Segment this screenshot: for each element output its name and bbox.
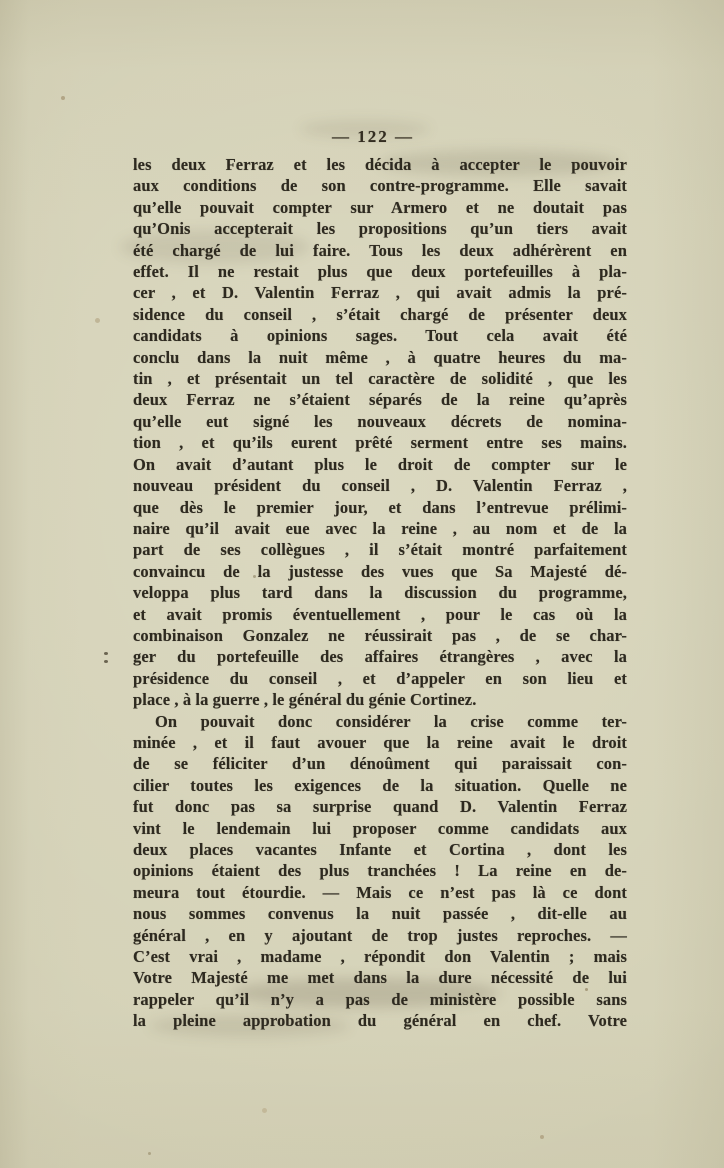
text-line: Votre Majesté me met dans la dure nécess… <box>133 967 627 988</box>
paper-speck <box>61 96 65 100</box>
text-line: conclu dans la nuit même , à quatre heur… <box>133 347 627 368</box>
print-artifact-dots <box>104 652 108 655</box>
text-line: tin , et présentait un tel caractère de … <box>133 368 627 389</box>
text-line: deux places vacantes Infante et Cortina … <box>133 839 627 860</box>
paragraph: les deux Ferraz et les décida à accepter… <box>133 154 627 711</box>
text-line: de se féliciter d’un dénoûment qui parai… <box>133 753 627 774</box>
text-line: candidats à opinions sages. Tout cela av… <box>133 325 627 346</box>
paper-speck <box>95 318 100 323</box>
text-line: On pouvait donc considérer la crise comm… <box>133 711 627 732</box>
text-line: aux conditions de son contre-programme. … <box>133 175 627 196</box>
text-line: opinions étaient des plus tranchées ! La… <box>133 860 627 881</box>
text-line: cilier toutes les exigences de la situat… <box>133 775 627 796</box>
text-line: tion , et qu’ils eurent prêté serment en… <box>133 432 627 453</box>
text-line: On avait d’autant plus le droit de compt… <box>133 454 627 475</box>
text-line: place , à la guerre , le général du géni… <box>133 689 627 710</box>
text-line: minée , et il faut avouer que la reine a… <box>133 732 627 753</box>
text-line: naire qu’il avait eue avec la reine , au… <box>133 518 627 539</box>
text-line: C’est vrai , madame , répondit don Valen… <box>133 946 627 967</box>
text-line: rappeler qu’il n’y a pas de ministère po… <box>133 989 627 1010</box>
text-line: convaincu de la justesse des vues que Sa… <box>133 561 627 582</box>
paper-speck <box>262 1108 267 1113</box>
text-line: qu’elle eut signé les nouveaux décrets d… <box>133 411 627 432</box>
page-number: — 122 — <box>133 127 613 147</box>
text-line: effet. Il ne restait plus que deux porte… <box>133 261 627 282</box>
text-line: qu’Onis accepterait les propositions qu’… <box>133 218 627 239</box>
text-line: meura tout étourdie. — Mais ce n’est pas… <box>133 882 627 903</box>
text-line: combinaison Gonzalez ne réussirait pas ,… <box>133 625 627 646</box>
text-line: été chargé de lui faire. Tous les deux a… <box>133 240 627 261</box>
text-line: part de ses collègues , il s’était montr… <box>133 539 627 560</box>
text-line: nouveau président du conseil , D. Valent… <box>133 475 627 496</box>
paper-speck <box>540 1135 544 1139</box>
paper-speck <box>148 1152 151 1155</box>
text-line: les deux Ferraz et les décida à accepter… <box>133 154 627 175</box>
text-line: qu’elle pouvait compter sur Armero et ne… <box>133 197 627 218</box>
text-line: fut donc pas sa surprise quand D. Valent… <box>133 796 627 817</box>
text-line: général , en y ajoutant de trop justes r… <box>133 925 627 946</box>
text-line: ger du portefeuille des affaires étrangè… <box>133 646 627 667</box>
text-line: et avait promis éventuellement , pour le… <box>133 604 627 625</box>
text-line: cer , et D. Valentin Ferraz , qui avait … <box>133 282 627 303</box>
text-line: sidence du conseil , s’était chargé de p… <box>133 304 627 325</box>
text-block: les deux Ferraz et les décida à accepter… <box>133 154 627 1032</box>
scanned-book-page: — 122 — les deux Ferraz et les décida à … <box>0 0 724 1168</box>
text-line: deux Ferraz ne s’étaient séparés de la r… <box>133 389 627 410</box>
text-line: la pleine approbation du général en chef… <box>133 1010 627 1031</box>
text-line: vint le lendemain lui proposer comme can… <box>133 818 627 839</box>
text-line: nous sommes convenus la nuit passée , di… <box>133 903 627 924</box>
text-line: veloppa plus tard dans la discussion du … <box>133 582 627 603</box>
paragraph: On pouvait donc considérer la crise comm… <box>133 711 627 1032</box>
text-line: présidence du conseil , et d’appeler en … <box>133 668 627 689</box>
text-line: que dès le premier jour, et dans l’entre… <box>133 497 627 518</box>
